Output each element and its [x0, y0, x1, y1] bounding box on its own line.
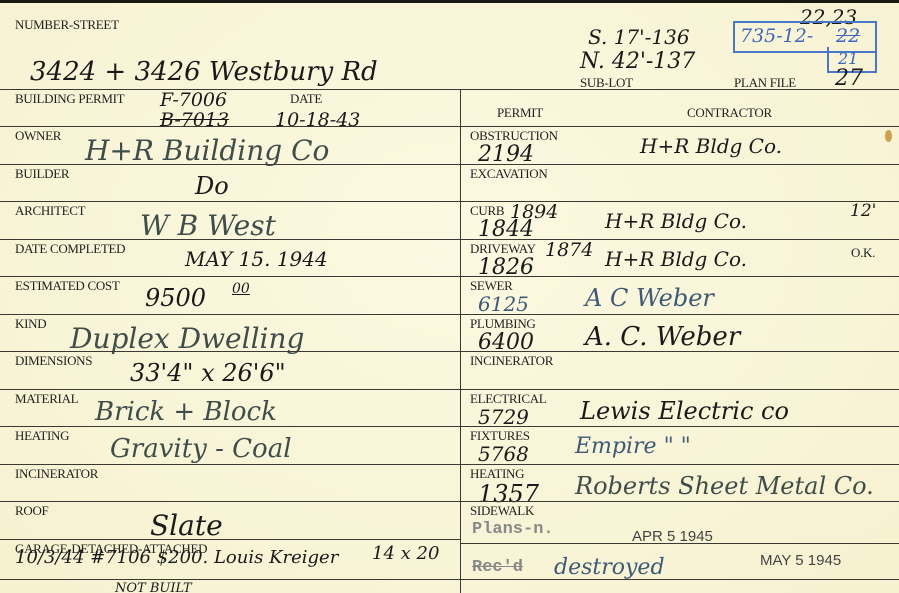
- permit-note: 12': [850, 201, 876, 221]
- left-field-value: 33'4" x 26'6": [130, 359, 286, 387]
- building-record-card: NUMBER-STREET 3424 + 3426 Westbury Rd S.…: [0, 3, 899, 593]
- right-row-rule: [460, 501, 899, 502]
- left-field-value: Gravity - Coal: [110, 434, 292, 464]
- permit-number: 6125: [478, 292, 529, 316]
- left-row-rule: [0, 501, 460, 502]
- permit-note: O.K.: [851, 245, 875, 261]
- plan-file-struck: 22: [836, 25, 860, 47]
- left-field-label: DIMENSIONS: [15, 353, 92, 369]
- contractor-name: H+R Bldg Co.: [605, 209, 747, 233]
- building-permit-label: BUILDING PERMIT: [15, 91, 124, 107]
- contractor-name: Lewis Electric co: [580, 397, 789, 425]
- left-field-value: MAY 15. 1944: [185, 247, 328, 271]
- left-field-label: OWNER: [15, 128, 61, 144]
- permit-type-label: EXCAVATION: [470, 166, 547, 182]
- contractor-name: A. C. Weber: [585, 322, 740, 352]
- garage-size: 14 x 20: [372, 543, 439, 564]
- left-field-label: ROOF: [15, 503, 48, 519]
- left-field-value: Do: [195, 172, 229, 200]
- permit-number: 5768: [478, 442, 529, 466]
- stain-mark: [885, 130, 892, 142]
- permit-type-label: SIDEWALK: [470, 503, 534, 519]
- permit-date-value: 10-18-43: [275, 109, 360, 131]
- left-field-label: DATE COMPLETED: [15, 241, 125, 257]
- right-row-rule: [460, 426, 899, 427]
- number-street-label: NUMBER-STREET: [15, 17, 119, 33]
- left-row-rule: [0, 539, 460, 540]
- record-date-stamp: MAY 5 1945: [760, 552, 841, 569]
- permit-number-alt: 1874: [545, 239, 593, 261]
- contractor-name: Roberts Sheet Metal Co.: [575, 472, 874, 500]
- left-field-label: ESTIMATED COST: [15, 278, 120, 294]
- left-row-rule: [0, 314, 460, 315]
- contractor-name: H+R Bldg Co.: [605, 247, 747, 271]
- left-row-rule: [0, 201, 460, 202]
- right-row-rule: [460, 464, 899, 465]
- left-field-value: W B West: [140, 209, 276, 242]
- bottom-rule: [0, 579, 899, 580]
- estimated-cost-cents: 00: [232, 281, 250, 297]
- left-row-rule: [0, 164, 460, 165]
- contractor-name: H+R Bldg Co.: [640, 134, 782, 158]
- left-field-label: MATERIAL: [15, 391, 78, 407]
- left-field-label: BUILDER: [15, 166, 69, 182]
- plan-file-side-note: 27: [835, 66, 863, 91]
- record-struck-text: Rec'd: [472, 558, 523, 577]
- left-row-rule: [0, 276, 460, 277]
- left-row-rule: [0, 239, 460, 240]
- left-row-rule: [0, 426, 460, 427]
- building-permit-1: F-7006: [160, 89, 227, 111]
- date-label: DATE: [290, 91, 322, 107]
- left-field-label: KIND: [15, 316, 46, 332]
- right-row-rule: [460, 314, 899, 315]
- record-destroyed-note: destroyed: [554, 555, 665, 580]
- contractor-name: A C Weber: [585, 284, 714, 312]
- left-field-label: HEATING: [15, 428, 69, 444]
- permit-column-header: PERMIT: [497, 105, 543, 121]
- left-row-rule: [0, 126, 460, 127]
- right-row-rule: [460, 239, 899, 240]
- contractor-name: Empire " ": [575, 434, 691, 459]
- header-rule: [0, 89, 899, 90]
- right-row-rule: [460, 276, 899, 277]
- permit-number-alt: 1894: [510, 201, 558, 223]
- permit-header-rule: [460, 126, 899, 127]
- sidewalk-rule: [460, 543, 899, 544]
- plans-typed-stamp: Plans-n.: [472, 520, 554, 539]
- garage-not-built-note: NOT BUILT: [115, 581, 192, 593]
- sub-lot-line-2: N. 42'-137: [580, 49, 695, 74]
- plan-file-number: 735-12-: [740, 25, 813, 47]
- left-field-label: ARCHITECT: [15, 203, 85, 219]
- permit-type-label: INCINERATOR: [470, 353, 553, 369]
- left-row-rule: [0, 464, 460, 465]
- right-row-rule: [460, 351, 899, 352]
- left-field-value: 9500: [145, 284, 206, 312]
- address-value: 3424 + 3426 Westbury Rd: [30, 57, 378, 87]
- left-field-value: Slate: [150, 509, 223, 542]
- left-field-value: Brick + Block: [95, 397, 277, 427]
- left-field-value: 10/3/44 #7106 $200. Louis Kreiger: [15, 547, 338, 568]
- left-row-rule: [0, 389, 460, 390]
- left-field-label: INCINERATOR: [15, 466, 98, 482]
- left-field-value: H+R Building Co: [85, 134, 329, 167]
- building-permit-2: B-7013: [160, 109, 229, 131]
- right-row-rule: [460, 389, 899, 390]
- sub-lot-line-1: S. 17'-136: [588, 25, 690, 49]
- left-row-rule: [0, 351, 460, 352]
- right-row-rule: [460, 164, 899, 165]
- contractor-column-header: CONTRACTOR: [687, 105, 772, 121]
